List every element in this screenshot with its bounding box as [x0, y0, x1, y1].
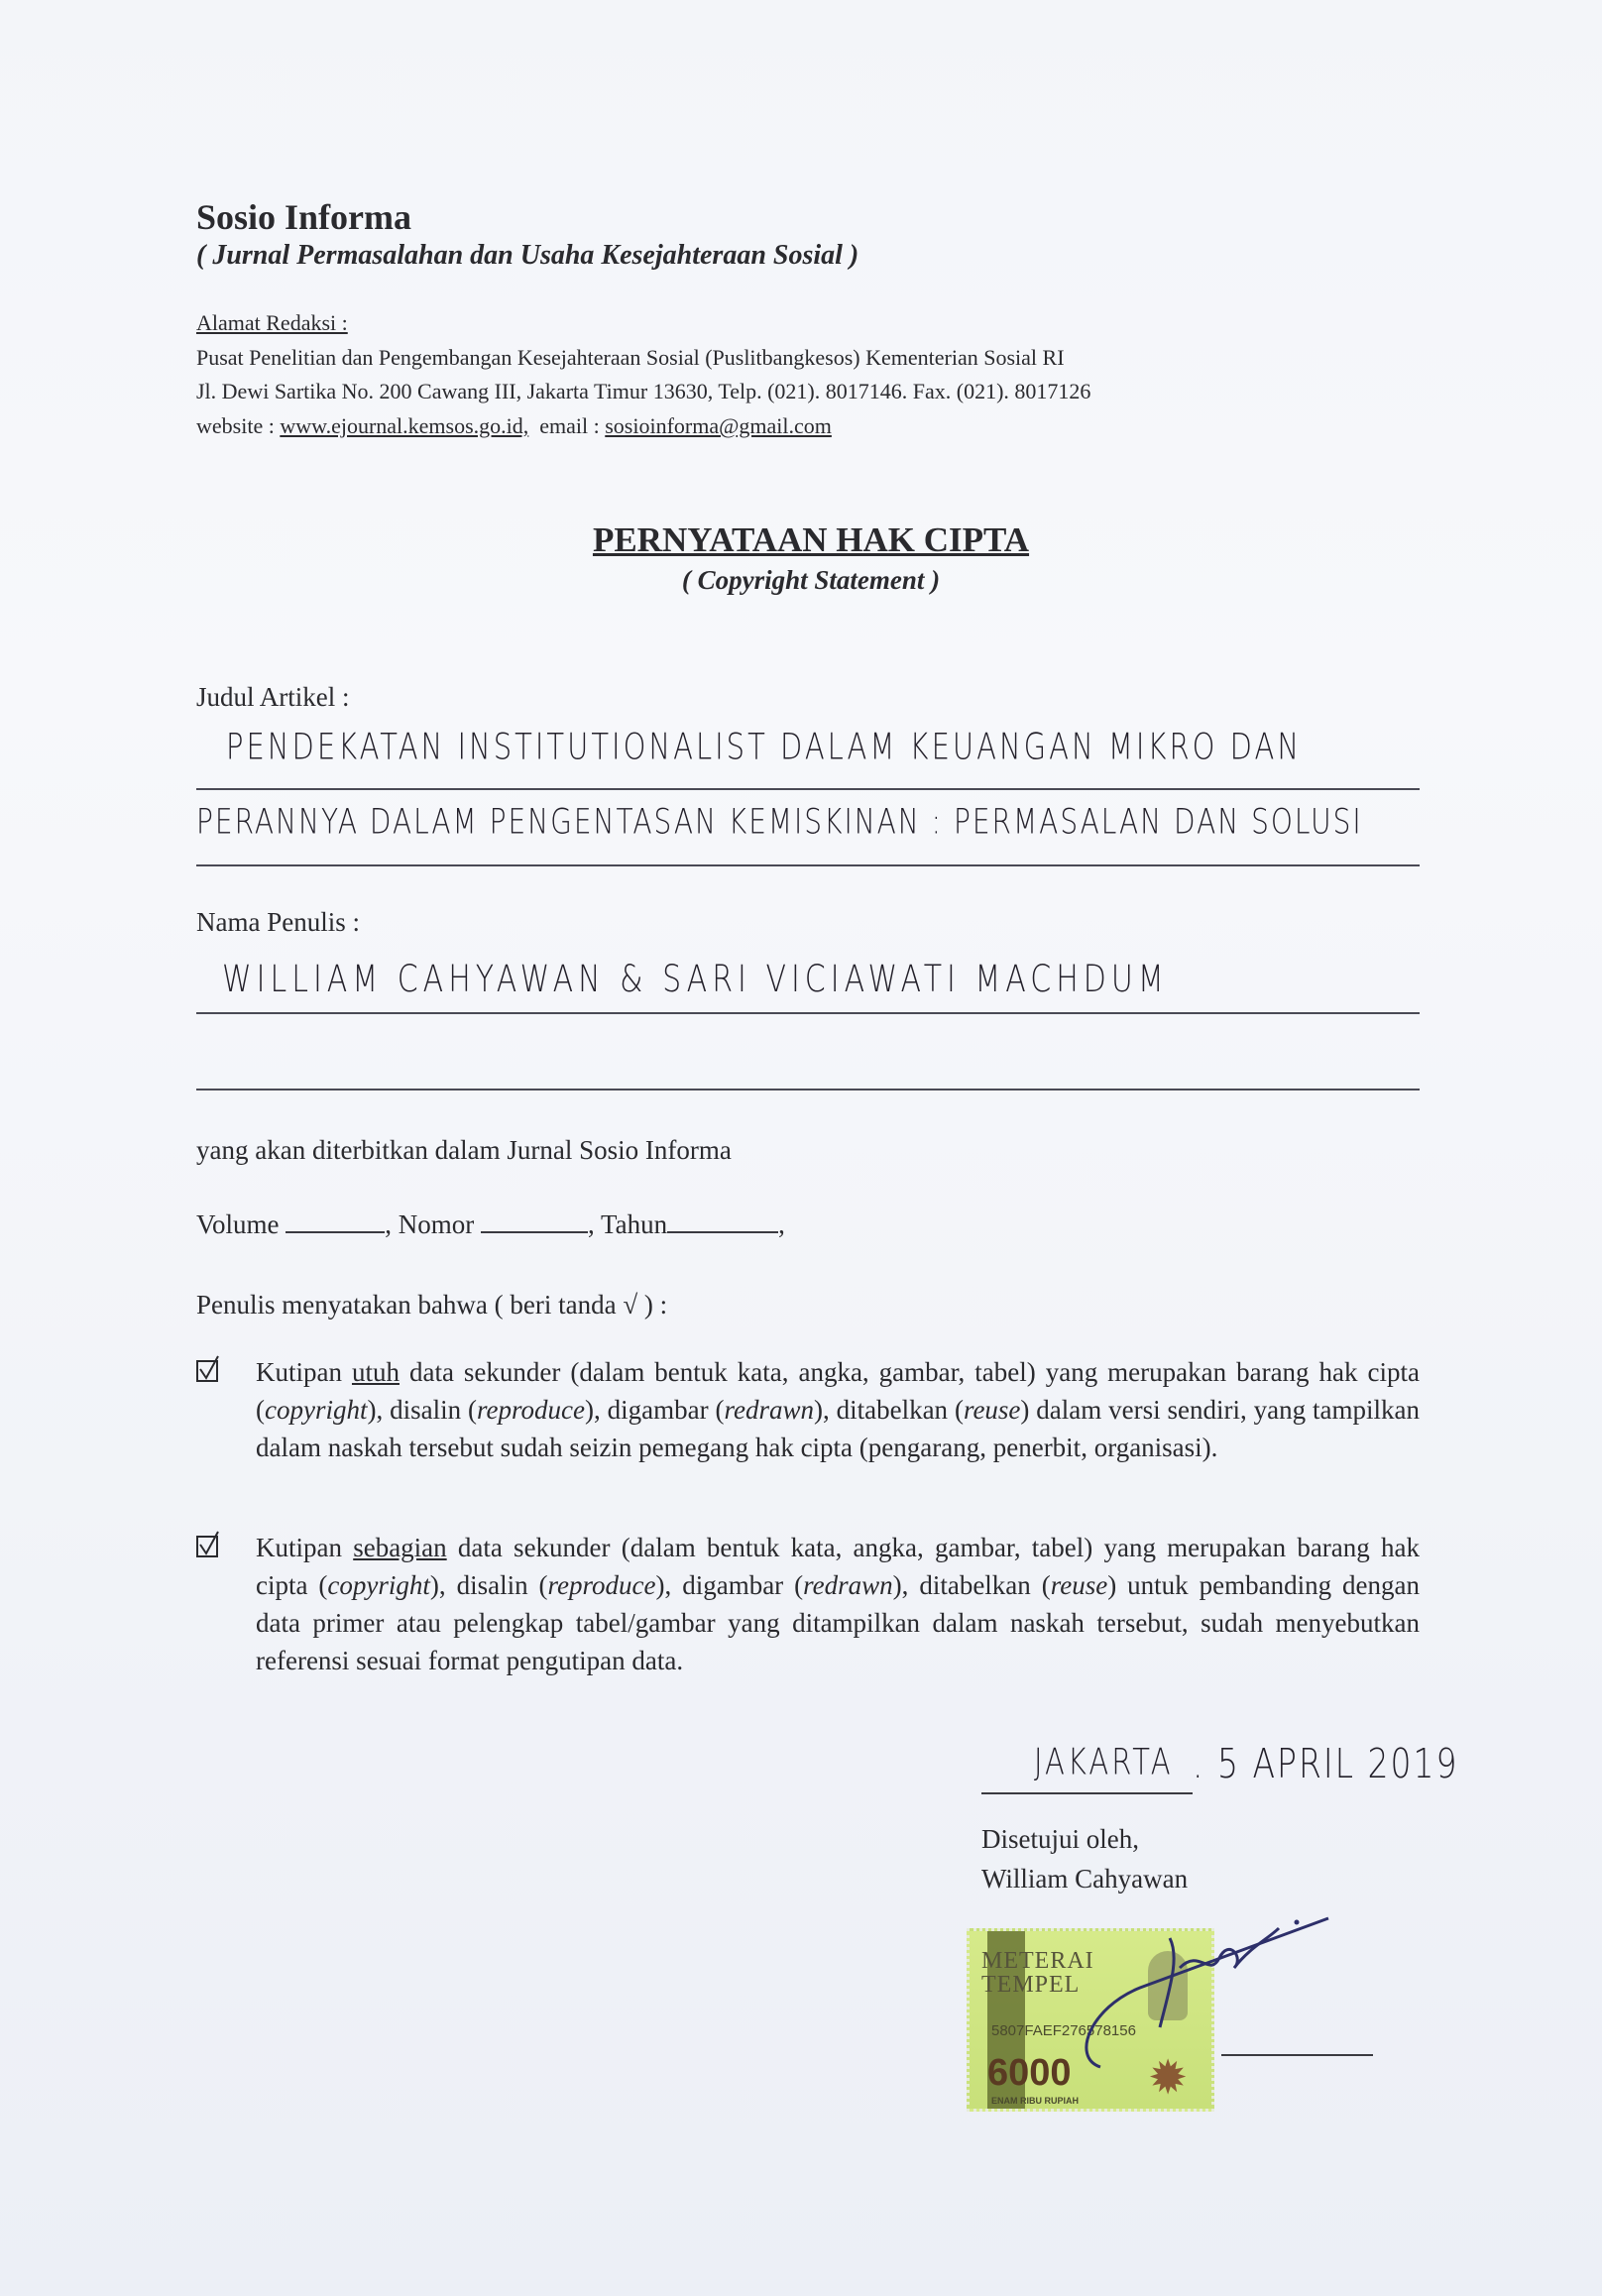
- article-title-label: Judul Artikel :: [196, 682, 350, 713]
- volume-field[interactable]: [286, 1209, 385, 1233]
- signature-scribble: [1031, 1908, 1348, 2087]
- signing-place[interactable]: JAKARTA: [1034, 1741, 1174, 1783]
- tahun-field[interactable]: [667, 1209, 778, 1233]
- article-title-line-1[interactable]: PENDEKATAN INSTITUTIONALIST DALAM KEUANG…: [226, 726, 1302, 768]
- address-line-1: Pusat Penelitian dan Pengembangan Keseja…: [196, 345, 1065, 371]
- address-label: Alamat Redaksi :: [196, 310, 348, 336]
- declaration-intro: Penulis menyatakan bahwa ( beri tanda √ …: [196, 1290, 667, 1320]
- nomor-label: , Nomor: [385, 1209, 474, 1239]
- signing-date[interactable]: . 5 APRIL 2019: [1193, 1739, 1458, 1787]
- nomor-field[interactable]: [481, 1209, 588, 1233]
- declaration-text: Kutipan utuh data sekunder (dalam bentuk…: [256, 1353, 1420, 1466]
- article-title-rule-2: [196, 864, 1420, 866]
- signature-rule: [1221, 2054, 1373, 2056]
- journal-subtitle: ( Jurnal Permasalahan dan Usaha Kesejaht…: [196, 240, 858, 272]
- signer-name: William Cahyawan: [981, 1864, 1188, 1894]
- volume-row: Volume , Nomor , Tahun,: [196, 1209, 785, 1240]
- declaration-item-full: Kutipan utuh data sekunder (dalam bentuk…: [196, 1353, 1420, 1466]
- author-rule-1: [196, 1012, 1420, 1014]
- article-title-rule-1: [196, 788, 1420, 790]
- author-label: Nama Penulis :: [196, 907, 360, 938]
- email-label: email :: [539, 413, 599, 438]
- volume-label: Volume: [196, 1209, 280, 1239]
- approved-label: Disetujui oleh,: [981, 1824, 1139, 1855]
- author-line-1[interactable]: WILLIAM CAHYAWAN & SARI VICIAWATI MACHDU…: [222, 958, 1169, 1001]
- email-link[interactable]: sosioinforma@gmail.com: [605, 413, 832, 438]
- journal-name: Sosio Informa: [196, 196, 411, 238]
- website-link[interactable]: www.ejournal.kemsos.go.id,: [280, 413, 528, 438]
- article-title-line-2[interactable]: PERANNYA DALAM PENGENTASAN KEMISKINAN : …: [196, 801, 1363, 842]
- declaration-text: Kutipan sebagian data sekunder (dalam be…: [256, 1529, 1420, 1679]
- statement-subtitle: ( Copyright Statement ): [0, 565, 1602, 596]
- website-label: website :: [196, 413, 275, 438]
- declaration-item-partial: Kutipan sebagian data sekunder (dalam be…: [196, 1529, 1420, 1679]
- statement-title: PERNYATAAN HAK CIPTA: [0, 520, 1602, 560]
- tahun-label: , Tahun: [588, 1209, 667, 1239]
- checkbox-checked-icon[interactable]: [196, 1355, 220, 1379]
- stamp-value-words: ENAM RIBU RUPIAH: [991, 2096, 1079, 2106]
- place-rule: [981, 1792, 1193, 1794]
- contact-line: website : www.ejournal.kemsos.go.id, ema…: [196, 413, 832, 439]
- publish-text: yang akan diterbitkan dalam Jurnal Sosio…: [196, 1135, 732, 1166]
- author-rule-2: [196, 1089, 1420, 1091]
- checkbox-checked-icon[interactable]: [196, 1531, 220, 1554]
- address-line-2: Jl. Dewi Sartika No. 200 Cawang III, Jak…: [196, 379, 1090, 404]
